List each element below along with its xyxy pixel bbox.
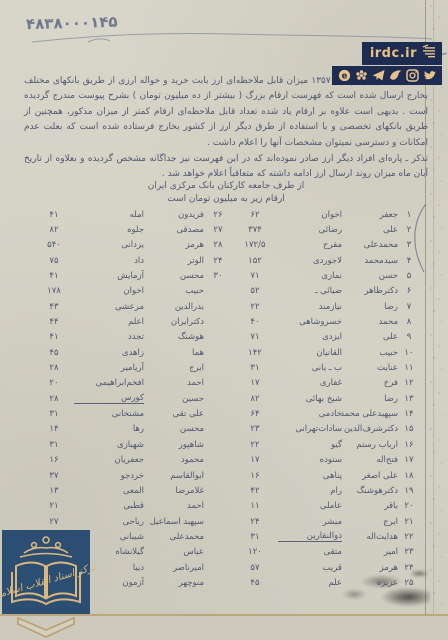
right-amount: ۲۳: [232, 424, 278, 434]
right-amount: ۴۰: [232, 317, 278, 327]
right-last-name: خادمی: [278, 409, 342, 419]
table-row: ۱۱ عنایت ب ـ یانی ۳۱ ایرج آریامیر ۲۸: [30, 360, 420, 375]
table-heading: از طرف جامعه کارکنان بانک مرکزی ایران ار…: [24, 180, 428, 206]
right-row-number: ۷: [398, 302, 420, 312]
telegram-icon: [372, 69, 385, 82]
left-amount: ۲۸: [34, 363, 74, 373]
right-last-name: رام: [278, 486, 342, 496]
right-row-number: ۶: [398, 286, 420, 296]
left-last-name: اخوان: [74, 286, 144, 296]
left-amount: ۷۵: [34, 256, 74, 266]
right-last-name: غفاری: [278, 378, 342, 388]
left-first-name: محسن: [144, 424, 204, 434]
right-row-number: ۱۶: [398, 440, 420, 450]
right-amount: ۲۲: [232, 440, 278, 450]
right-amount: ۶۴: [232, 409, 278, 419]
right-last-name: پناهی: [278, 471, 342, 481]
right-row-number: ۸: [398, 317, 420, 327]
right-row-number: ۹: [398, 332, 420, 342]
right-last-name: قریب: [278, 563, 342, 573]
left-last-name: داد: [74, 256, 144, 266]
right-row-number: ۱۲: [398, 378, 420, 388]
left-last-name: رها: [74, 424, 144, 434]
eitaa-icon: e: [338, 69, 351, 82]
table-row: ۱۷ فتح‌اله ستوده ۱۷ محمود جعفریان ۱۶: [30, 453, 420, 468]
right-last-name: لاجوردی: [278, 256, 342, 266]
right-row-number: ۱۳: [398, 394, 420, 404]
right-amount: ۳۱: [232, 363, 278, 373]
right-first-name: امیر: [342, 547, 398, 557]
right-row-number: ۲۵: [398, 578, 420, 588]
notice-paragraph: تذکر ـ پاره‌ای افراد دیگر ارز صادر نموده…: [24, 152, 428, 183]
right-last-name: خسروشاهی: [278, 317, 342, 327]
left-last-name: تجدد: [74, 332, 144, 342]
left-amount: ۴۳: [34, 302, 74, 312]
left-first-name: محمدعلی: [144, 532, 204, 542]
table-row: ۳ محمدعلی مفرح ۱۷۲/۵ ۲۸ هرمز یزدانی ۵۴۰: [30, 238, 420, 253]
right-last-name: عاملی: [278, 501, 342, 511]
right-amount: ۴۵: [232, 578, 278, 588]
right-last-name: نمازی: [278, 271, 342, 281]
right-row-number: ۵: [398, 271, 420, 281]
right-first-name: حسن: [342, 271, 398, 281]
left-last-name: المعی: [74, 486, 144, 496]
right-first-name: سیدمحمد: [342, 256, 398, 266]
left-last-name: آزمایش: [74, 271, 144, 281]
left-last-name: آریامیر: [74, 363, 144, 373]
table-row: ۴ سیدمحمد لاجوردی ۱۵۲ ۲۴ الوتر داد ۷۵: [30, 253, 420, 268]
left-first-name: ایرج: [144, 363, 204, 373]
right-row-number: ۱۹: [398, 486, 420, 496]
left-amount: ۱۶: [34, 455, 74, 465]
left-amount: ۳۱: [34, 440, 74, 450]
right-first-name: محمد: [342, 317, 398, 327]
left-amount: ۴۱: [34, 210, 74, 220]
right-row-number: ۱۵: [398, 424, 420, 434]
right-last-name: شیخ بهائی: [278, 394, 342, 404]
right-last-name: ایزدی: [278, 332, 342, 342]
table-row: ۶ دکترطاهر ضیائی ـ ۵۲ حبیب اخوان ۱۷۸: [30, 284, 420, 299]
left-row-number: ۲۶: [204, 210, 232, 220]
right-row-number: ۲۳: [398, 547, 420, 557]
right-amount: ۱۱: [232, 501, 278, 511]
right-amount: ۱۶: [232, 471, 278, 481]
book-tail-ornament: [18, 618, 74, 637]
right-amount: ۷۱: [232, 332, 278, 342]
left-amount: ۳۷: [34, 471, 74, 481]
left-first-name: دکترایران: [144, 317, 204, 327]
left-amount: ۴۱: [34, 271, 74, 281]
left-first-name: حسین: [144, 394, 204, 404]
right-first-name: علی: [342, 225, 398, 235]
right-amount: ۱۲۰: [232, 547, 278, 557]
left-amount: ۴۵: [34, 348, 74, 358]
right-row-number: ۱۸: [398, 471, 420, 481]
right-first-name: عنایت: [342, 363, 398, 373]
left-amount: ۲۰: [34, 378, 74, 388]
left-first-name: مصدقی: [144, 225, 204, 235]
table-row: ۸ محمد خسروشاهی ۴۰ دکترایران اعلم ۴۴: [30, 314, 420, 329]
lenzor-icon: [355, 69, 368, 82]
right-first-name: ارباب رستم: [342, 440, 398, 450]
right-row-number: ۱۱: [398, 363, 420, 373]
left-amount: ۴۱: [34, 332, 74, 342]
left-first-name: غلامرضا: [144, 486, 204, 496]
left-last-name: قطبی: [74, 501, 144, 511]
scanned-document: ۴۸۳۸۰۰۰۱۴۵ ـه irdc.ir e: [0, 0, 448, 640]
left-last-name: زاهدی: [74, 348, 144, 358]
right-first-name: حبیب: [342, 348, 398, 358]
right-amount: ۱۷: [232, 378, 278, 388]
left-row-number: ۳۰: [204, 271, 232, 281]
right-amount: ۷۱: [232, 271, 278, 281]
right-amount: ۲۲: [232, 302, 278, 312]
left-amount: ۴۴: [34, 317, 74, 327]
left-first-name: هما: [144, 348, 204, 358]
right-amount: ۱۷: [232, 455, 278, 465]
left-row-number: ۲۷: [204, 225, 232, 235]
right-first-name: هرمز: [342, 563, 398, 573]
right-first-name: علی: [342, 332, 398, 342]
instagram-icon: [406, 69, 419, 82]
table-row: ۱۸ علی اصغر پناهی ۱۶ ابوالقاسم خردجو ۳۷: [30, 468, 420, 483]
irdc-lines-icon: [422, 44, 436, 62]
left-last-name: جعفریان: [74, 455, 144, 465]
right-first-name: ایرج: [342, 517, 398, 527]
right-row-number: ۱: [398, 210, 420, 220]
right-row-number: ۴: [398, 256, 420, 266]
right-last-name: نیازمند: [278, 302, 342, 312]
right-amount: ۸۲: [232, 394, 278, 404]
left-last-name: مرعشی: [74, 302, 144, 312]
right-first-name: علی اصغر: [342, 471, 398, 481]
table-row: ۱۲ فرخ غفاری ۱۷ احمد افخم‌ابراهیمی ۲۰: [30, 376, 420, 391]
left-amount: ۵۴۰: [34, 240, 74, 250]
left-first-name: هوشنگ: [144, 332, 204, 342]
table-row: ۱۳ رضا شیخ بهائی ۸۲ حسین کورس ۲۸: [30, 391, 420, 406]
table-row: ۷ رضا نیازمند ۲۲ بدرالدین مرعشی ۴۳: [30, 299, 420, 314]
left-first-name: علی تقی: [144, 409, 204, 419]
right-amount: ۴۲: [232, 486, 278, 496]
table-row: ۹ علی ایزدی ۷۱ هوشنگ تجدد ۴۱: [30, 330, 420, 345]
left-last-name: کورس: [74, 393, 144, 404]
left-amount: ۸۲: [34, 225, 74, 235]
right-last-name: اخوان: [278, 210, 342, 220]
right-amount: ۳۱: [232, 532, 278, 542]
right-amount: ۶۲: [232, 210, 278, 220]
right-last-name: گیو: [278, 440, 342, 450]
left-amount: ۲۸: [34, 394, 74, 404]
right-first-name: باقر: [342, 501, 398, 511]
left-first-name: محسن: [144, 271, 204, 281]
left-amount: ۲۱: [34, 501, 74, 511]
left-first-name: سپهبد اسماعیل: [144, 517, 204, 527]
left-first-name: امیرناصر: [144, 563, 204, 573]
left-first-name: حبیب: [144, 286, 204, 296]
left-first-name: عباس: [144, 547, 204, 557]
right-first-name: فرخ: [342, 378, 398, 388]
twitter-icon: [423, 69, 436, 82]
right-last-name: متقی: [278, 547, 342, 557]
left-last-name: افخم‌ابراهیمی: [74, 378, 144, 388]
right-row-number: ۲۱: [398, 517, 420, 527]
left-first-name: احمد: [144, 501, 204, 511]
right-row-number: ۲۰: [398, 501, 420, 511]
right-first-name: دکترشرف‌الدین: [342, 424, 398, 434]
left-first-name: هرمز: [144, 240, 204, 250]
right-first-name: هدایت‌اله: [342, 532, 398, 542]
table-row: ۱۰ حبیب القانیان ۱۴۲ هما زاهدی ۴۵: [30, 345, 420, 360]
right-last-name: القانیان: [278, 348, 342, 358]
table-row: ۲ علی رضائی ۳۷۴ ۲۷ مصدقی جلوه ۸۲: [30, 222, 420, 237]
right-last-name: مفرح: [278, 240, 342, 250]
right-last-name: علم: [278, 578, 342, 588]
left-amount: ۱۳: [34, 486, 74, 496]
right-first-name: رضا: [342, 302, 398, 312]
unit-line: ارقام زیر به میلیون تومان است: [24, 193, 428, 206]
left-first-name: محمود: [144, 455, 204, 465]
right-row-number: ۲: [398, 225, 420, 235]
left-last-name: امله: [74, 210, 144, 220]
social-icons-bar: e: [332, 66, 442, 85]
right-row-number: ۲۴: [398, 563, 420, 573]
right-first-name: محمدعلی: [342, 240, 398, 250]
right-first-name: رضا: [342, 394, 398, 404]
right-amount: ۳۷۴: [232, 225, 278, 235]
left-last-name: خردجو: [74, 471, 144, 481]
table-row: ۱۶ ارباب رستم گیو ۲۲ شاهپور شهبازی ۳۱: [30, 437, 420, 452]
table-row: ۵ حسن نمازی ۷۱ ۳۰ محسن آزمایش ۴۱: [30, 268, 420, 283]
left-first-name: شاهپور: [144, 440, 204, 450]
table-row: ۱ جعفر اخوان ۶۲ ۲۶ فریدون امله ۴۱: [30, 207, 420, 222]
left-first-name: فریدون: [144, 210, 204, 220]
right-first-name: فتح‌اله: [342, 455, 398, 465]
table-row: ۱۹ دکترهوشنگ رام ۴۲ غلامرضا المعی ۱۳: [30, 483, 420, 498]
irdc-site-banner: irdc.ir: [362, 42, 442, 65]
typed-text-block: در ماههای شهریور و مهر ۱۳۵۷ میزان قابل م…: [24, 74, 428, 183]
svg-text:e: e: [342, 71, 348, 81]
left-last-name: شهبازی: [74, 440, 144, 450]
left-amount: ۱۴: [34, 424, 74, 434]
right-amount: ۱۵۲: [232, 256, 278, 266]
issuer-line: از طرف جامعه کارکنان بانک مرکزی ایران: [24, 180, 428, 193]
right-row-number: ۱۷: [398, 455, 420, 465]
handwritten-reference-number: ۴۸۳۸۰۰۰۱۴۵: [26, 13, 118, 33]
left-first-name: ابوالقاسم: [144, 471, 204, 481]
irdc-site-label: irdc.ir: [370, 46, 417, 61]
soroush-icon: [389, 69, 402, 82]
right-row-number: ۳: [398, 240, 420, 250]
left-last-name: مشنخانی: [74, 409, 144, 419]
right-last-name: سادات‌تهرانی: [278, 424, 342, 434]
left-first-name: الوتر: [144, 256, 204, 266]
right-last-name: ب ـ یانی: [278, 363, 342, 373]
right-amount: ۱۷۲/۵: [232, 240, 278, 250]
right-first-name: سپهبدعلی محمد: [342, 409, 398, 419]
left-first-name: بدرالدین: [144, 302, 204, 312]
left-amount: ۳۱: [34, 409, 74, 419]
right-first-name: دکترهوشنگ: [342, 486, 398, 496]
right-amount: ۵۲: [232, 286, 278, 296]
left-first-name: منوچهر: [144, 578, 204, 588]
right-row-number: ۱۴: [398, 409, 420, 419]
right-amount: ۵۷: [232, 563, 278, 573]
right-amount: ۲۴: [232, 517, 278, 527]
right-amount: ۱۴۲: [232, 348, 278, 358]
right-last-name: رضائی: [278, 225, 342, 235]
irdc-watermark: irdc.ir e: [332, 42, 442, 85]
right-row-number: ۲۲: [398, 532, 420, 542]
table-row: ۲۰ باقر عاملی ۱۱ احمد قطبی ۲۱: [30, 499, 420, 514]
main-paragraph: در ماههای شهریور و مهر ۱۳۵۷ میزان قابل م…: [24, 74, 428, 151]
left-first-name: احمد: [144, 378, 204, 388]
left-last-name: اعلم: [74, 317, 144, 327]
right-last-name: ذوالنقارین: [278, 531, 342, 542]
table-row: ۱۵ دکترشرف‌الدین سادات‌تهرانی ۲۳ محسن ره…: [30, 422, 420, 437]
right-first-name: دکترطاهر: [342, 286, 398, 296]
left-amount: ۱۷۸: [34, 286, 74, 296]
right-last-name: مبشر: [278, 517, 342, 527]
left-row-number: ۲۴: [204, 256, 232, 266]
left-row-number: ۲۸: [204, 240, 232, 250]
left-last-name: یزدانی: [74, 240, 144, 250]
right-last-name: ستوده: [278, 455, 342, 465]
left-last-name: جلوه: [74, 225, 144, 235]
scan-noise-strip: [427, 0, 448, 615]
right-first-name: عزیزه: [342, 578, 398, 588]
right-row-number: ۱۰: [398, 348, 420, 358]
right-last-name: ضیائی ـ: [278, 286, 342, 296]
right-first-name: جعفر: [342, 210, 398, 220]
table-row: ۱۴ سپهبدعلی محمد خادمی ۶۴ علی تقی مشنخان…: [30, 406, 420, 421]
irdc-logo-stamp: مرکز اسناد انقلاب اسلامی: [0, 526, 96, 640]
